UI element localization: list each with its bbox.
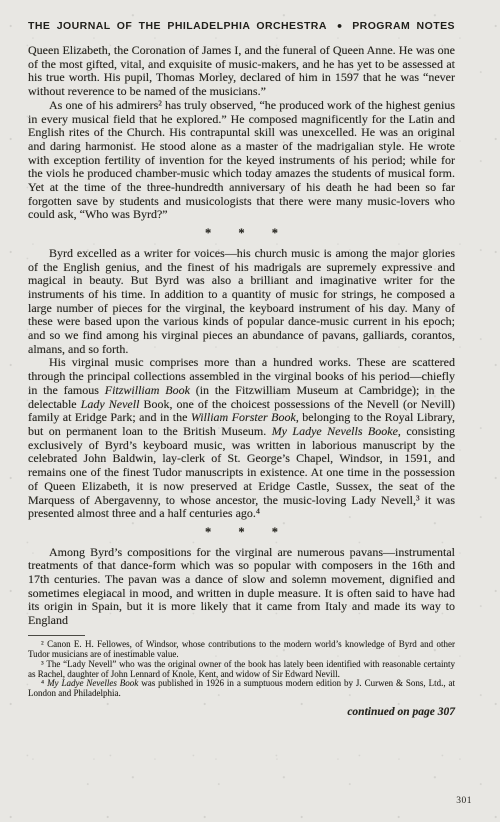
paragraph-byrd-voices: Byrd excelled as a writer for voices—his… bbox=[28, 247, 455, 357]
section-separator-stars: * * * bbox=[28, 227, 455, 241]
paragraph-admirers: As one of his admirers² has truly observ… bbox=[28, 99, 455, 222]
section-separator-stars: * * * bbox=[28, 526, 455, 540]
journal-page: THE JOURNAL OF THE PHILADELPHIA ORCHESTR… bbox=[0, 0, 500, 822]
footnote-2: ² Canon E. H. Fellowes, of Windsor, whos… bbox=[28, 640, 455, 660]
paragraph-queen-elizabeth: Queen Elizabeth, the Coronation of James… bbox=[28, 44, 455, 99]
footnote-3: ³ The “Lady Nevell” who was the original… bbox=[28, 660, 455, 680]
footnote-rule bbox=[28, 635, 85, 636]
paragraph-virginal-music: His virginal music comprises more than a… bbox=[28, 356, 455, 520]
page-header: THE JOURNAL OF THE PHILADELPHIA ORCHESTR… bbox=[28, 20, 455, 32]
page-number: 301 bbox=[456, 796, 472, 806]
section-title: PROGRAM NOTES bbox=[352, 20, 455, 32]
footnotes-block: ² Canon E. H. Fellowes, of Windsor, whos… bbox=[28, 640, 455, 699]
footnote-4: ⁴ My Ladye Nevelles Book was published i… bbox=[28, 679, 455, 699]
article-body: Queen Elizabeth, the Coronation of James… bbox=[28, 44, 455, 628]
bullet-separator-icon: ● bbox=[337, 21, 342, 31]
journal-title: THE JOURNAL OF THE PHILADELPHIA ORCHESTR… bbox=[28, 20, 327, 32]
paragraph-pavans: Among Byrd’s compositions for the virgin… bbox=[28, 546, 455, 628]
continued-notice: continued on page 307 bbox=[28, 706, 455, 718]
